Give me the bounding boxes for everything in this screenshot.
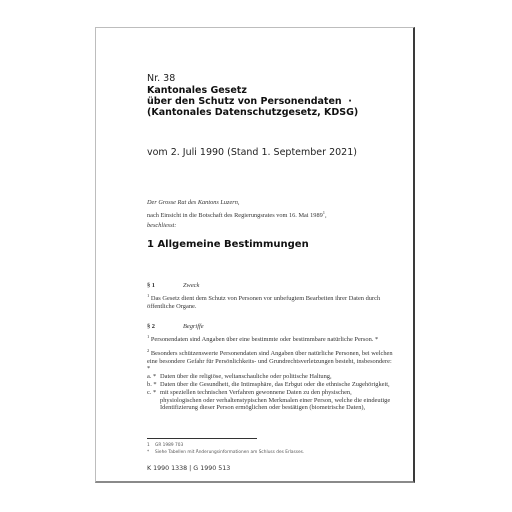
preamble-line: Der Grosse Rat des Kantons Luzern, xyxy=(147,198,327,208)
list-label: b. * xyxy=(147,381,160,389)
paragraph-heading: § 1 Zweck xyxy=(147,282,394,290)
list-text: Daten über die religiöse, weltanschaulic… xyxy=(160,373,332,381)
paragraph-1: § 1 Zweck 1 Das Gesetz dient dem Schutz … xyxy=(147,282,394,314)
paragraph-title: Zweck xyxy=(183,282,199,290)
list-label: c. * xyxy=(147,389,160,412)
list-label: a. * xyxy=(147,373,160,381)
title-line: (Kantonales Datenschutzgesetz, KDSG) xyxy=(147,107,407,118)
law-title: Kantonales Gesetz über den Schutz von Pe… xyxy=(147,85,407,118)
law-date: vom 2. Juli 1990 (Stand 1. September 202… xyxy=(147,147,357,158)
footnote-text: GR 1989 703 xyxy=(155,443,183,448)
list-item: c. * mit speziellen technischen Verfahre… xyxy=(147,389,394,412)
preamble-line: beschliesst: xyxy=(147,221,327,231)
subsection: 2 Besonders schützenswerte Personendaten… xyxy=(147,347,394,374)
footnote-mark: * xyxy=(147,450,155,455)
paragraph-2: § 2 Begriffe 1 Personendaten sind Angabe… xyxy=(147,323,394,412)
paragraph-heading: § 2 Begriffe xyxy=(147,323,394,331)
footnote-divider xyxy=(147,438,257,439)
footnote-text: Siehe Tabellen mit Änderungsinformatione… xyxy=(155,450,304,455)
list-item: b. * Daten über die Gesundheit, die Inti… xyxy=(147,381,394,389)
footnote: *Siehe Tabellen mit Änderungsinformation… xyxy=(147,450,304,455)
subsection: 1 Das Gesetz dient dem Schutz von Person… xyxy=(147,292,394,311)
list-text: Daten über die Gesundheit, die Intimsphä… xyxy=(160,381,390,389)
title-line: über den Schutz von Personendaten · xyxy=(147,96,407,107)
list-text: mit speziellen technischen Verfahren gew… xyxy=(160,389,394,412)
footer-reference: K 1990 1338 | G 1990 513 xyxy=(147,465,230,472)
section-heading: 1 Allgemeine Bestimmungen xyxy=(147,239,309,250)
preamble: Der Grosse Rat des Kantons Luzern, nach … xyxy=(147,198,327,231)
law-number: Nr. 38 xyxy=(147,73,175,84)
paragraph-title: Begriffe xyxy=(183,323,204,331)
footnote-mark: 1 xyxy=(147,443,155,448)
paragraph-number: § 1 xyxy=(147,282,183,290)
list-item: a. * Daten über die religiöse, weltansch… xyxy=(147,373,394,381)
preamble-line: nach Einsicht in die Botschaft des Regie… xyxy=(147,208,327,221)
subsection: 1 Personendaten sind Angaben über eine b… xyxy=(147,333,394,344)
title-line: Kantonales Gesetz xyxy=(147,85,407,96)
paragraph-number: § 2 xyxy=(147,323,183,331)
document-page: Nr. 38 Kantonales Gesetz über den Schutz… xyxy=(95,27,415,483)
footnote: 1GR 1989 703 xyxy=(147,443,183,448)
